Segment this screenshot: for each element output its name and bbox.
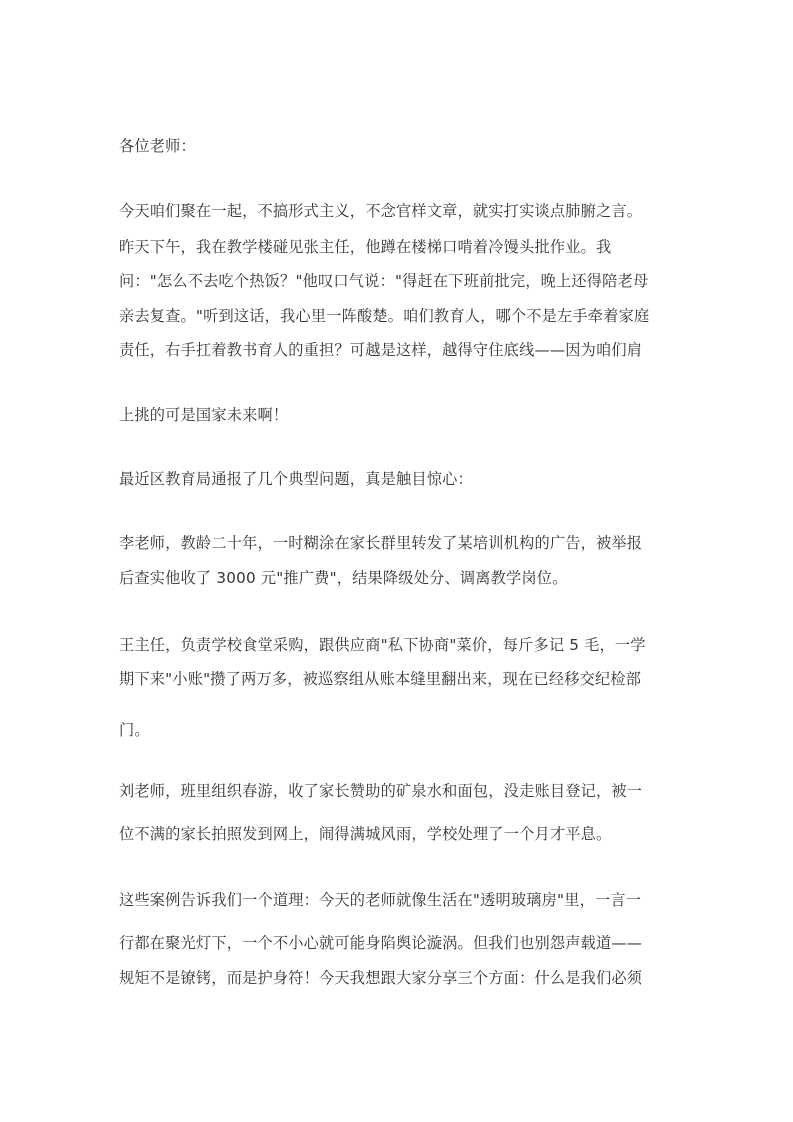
paragraph-anecdote-line: 问："怎么不去吃个热饭？"他叹口气说："得赶在下班前批完，晚上还得陪老母 [119,271,648,291]
paragraph-anecdote-line: 责任，右手扛着教书育人的重担？可越是这样，越得守住底线——因为咱们肩 [119,340,642,360]
paragraph-lesson-line: 行都在聚光灯下，一个不小心就可能身陷舆论漩涡。但我们也别怨声载道—— [119,933,642,953]
paragraph-anecdote-line: 亲去复查。"听到这话，我心里一阵酸楚。咱们教育人，哪个不是左手牵着家庭 [119,306,649,326]
paragraph-report-intro-line: 最近区教育局通报了几个典型问题，真是触目惊心： [119,469,473,489]
paragraph-case-li-line: 后查实他收了 3000 元"推广费"，结果降级处分、调离教学岗位。 [119,568,568,588]
paragraph-lesson-line: 这些案例告诉我们一个道理：今天的老师就像生活在"透明玻璃房"里，一言一 [119,890,641,910]
paragraph-case-wang-line: 门。 [119,720,150,740]
paragraph-case-li-line: 李老师，教龄二十年，一时糊涂在家长群里转发了某培训机构的广告，被举报 [119,533,642,553]
paragraph-anecdote-line: 昨天下午，我在教学楼碰见张主任，他蹲在楼梯口啃着冷馒头批作业。我 [119,237,611,257]
paragraph-intro-line: 今天咱们聚在一起，不搞形式主义，不念官样文章，就实打实谈点肺腑之言。 [119,201,642,221]
paragraph-anecdote-line: 上挑的可是国家未来啊！ [119,405,288,425]
paragraph-case-liu-line: 位不满的家长拍照发到网上，闹得满城风雨，学校处理了一个月才平息。 [119,824,611,844]
salutation: 各位老师： [119,136,196,156]
paragraph-case-wang-line: 期下来"小账"攒了两万多，被巡察组从账本缝里翻出来，现在已经移交纪检部 [119,669,641,689]
paragraph-lesson-line: 规矩不是镣铐，而是护身符！今天我想跟大家分享三个方面：什么是我们必须 [119,968,642,988]
paragraph-case-liu-line: 刘老师，班里组织春游，收了家长赞助的矿泉水和面包，没走账目登记，被一 [119,781,642,801]
paragraph-case-wang-line: 王主任，负责学校食堂采购，跟供应商"私下协商"菜价，每斤多记 5 毛，一学 [119,635,646,655]
